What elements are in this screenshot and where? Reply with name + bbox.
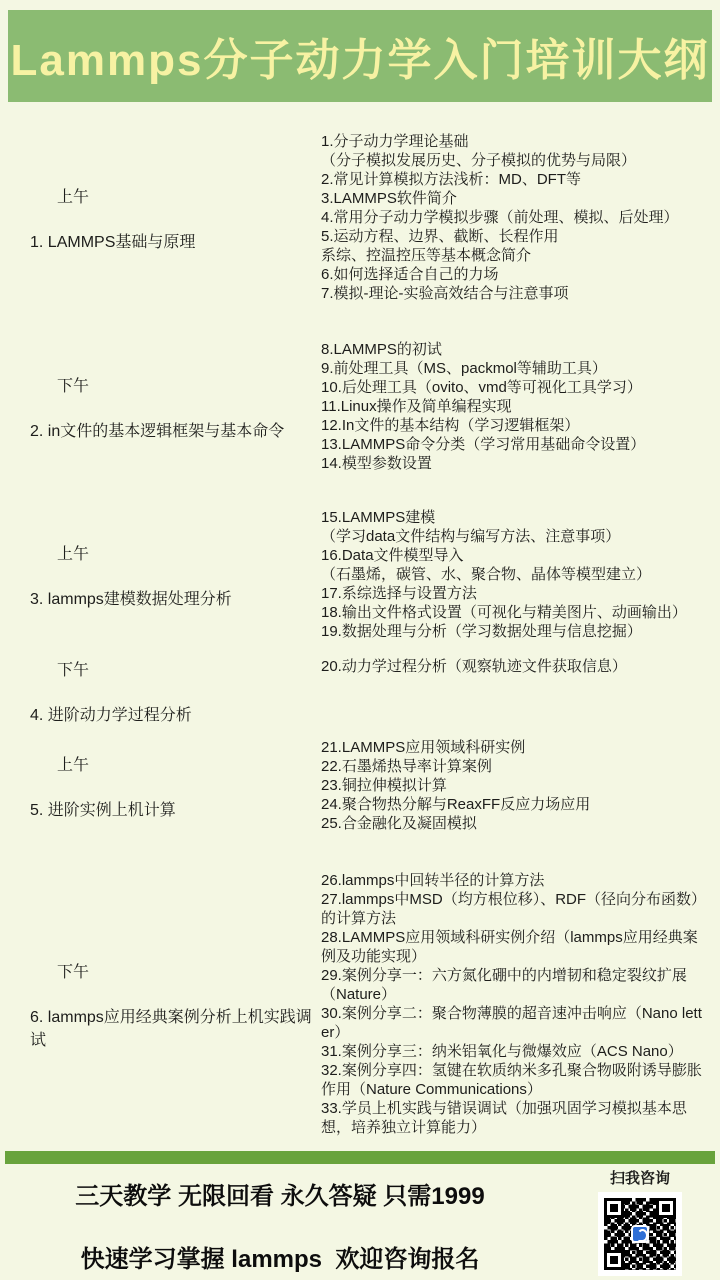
schedule-section-4: 下午 4. 进阶动力学过程分析 20.动力学过程分析（观察轨迹文件获取信息） — [0, 657, 720, 725]
session-time-label: 上午 — [57, 541, 313, 564]
outline-item: 27.lammps中MSD（均方根位移）、RDF（径向分布函数）的计算方法 — [321, 890, 702, 928]
outline-item: 24.聚合物热分解与ReaxFF反应力场应用 — [321, 795, 702, 814]
outline-item: 15.LAMMPS建模 — [321, 508, 702, 527]
schedule-section-6: 下午 6. lammps应用经典案例分析上机实践调试 26.lammps中回转半… — [0, 871, 720, 1137]
outline-item: （分子模拟发展历史、分子模拟的优势与局限） — [321, 151, 702, 170]
qr-label: 扫我咨询 — [560, 1167, 720, 1188]
outline-item: 1.分子动力学理论基础 — [321, 132, 702, 151]
footer: 三天教学 无限回看 永久答疑 只需1999 快速学习掌握 lammps 欢迎咨询… — [0, 1151, 720, 1280]
session-topic: 2. in文件的基本逻辑框架与基本命令 — [30, 418, 313, 441]
session-topic: 1. LAMMPS基础与原理 — [30, 229, 313, 252]
separator-bar — [5, 1151, 715, 1164]
session-meta: 下午 6. lammps应用经典案例分析上机实践调试 — [0, 871, 313, 1137]
outline-item: 32.案例分享四：氢键在软质纳米多孔聚合物吸附诱导膨胀作用（Nature Com… — [321, 1061, 702, 1099]
session-topic: 6. lammps应用经典案例分析上机实践调试 — [30, 1004, 313, 1050]
outline-item: 23.铜拉伸模拟计算 — [321, 776, 702, 795]
schedule-section-3: 上午 3. lammps建模数据处理分析 15.LAMMPS建模 （学习data… — [0, 508, 720, 641]
session-time-label: 下午 — [57, 657, 313, 680]
outline-item: 2.常见计算模拟方法浅析：MD、DFT等 — [321, 170, 702, 189]
session-topic: 3. lammps建模数据处理分析 — [30, 586, 313, 609]
session-topic: 4. 进阶动力学过程分析 — [30, 702, 313, 725]
outline-item: 5.运动方程、边界、截断、长程作用 — [321, 227, 702, 246]
session-topic: 5. 进阶实例上机计算 — [30, 797, 313, 820]
outline-item: 3.LAMMPS软件简介 — [321, 189, 702, 208]
qr-finder-icon — [604, 1198, 624, 1218]
outline-item: 12.In文件的基本结构（学习逻辑框架） — [321, 416, 702, 435]
signup-slogan: 快速学习掌握 lammps 欢迎咨询报名 — [0, 1239, 560, 1274]
schedule-section-1: 上午 1. LAMMPS基础与原理 1.分子动力学理论基础 （分子模拟发展历史、… — [0, 132, 720, 303]
qr-area: 扫我咨询 — [560, 1164, 720, 1276]
qr-pattern — [604, 1198, 676, 1270]
outline-item: 18.输出文件格式设置（可视化与精美图片、动画输出） — [321, 603, 702, 622]
outline-item: 10.后处理工具（ovito、vmd等可视化工具学习） — [321, 378, 702, 397]
session-meta: 下午 2. in文件的基本逻辑框架与基本命令 — [0, 340, 313, 473]
outline-item: 17.系综选择与设置方法 — [321, 584, 702, 603]
session-meta: 上午 5. 进阶实例上机计算 — [0, 738, 313, 833]
outline-item: 31.案例分享三：纳米铝氧化与微爆效应（ACS Nano） — [321, 1042, 702, 1061]
qr-code — [598, 1192, 682, 1276]
outline-item: 8.LAMMPS的初试 — [321, 340, 702, 359]
session-meta: 上午 1. LAMMPS基础与原理 — [0, 132, 313, 303]
outline-item: 21.LAMMPS应用领域科研实例 — [321, 738, 702, 757]
slogans: 三天教学 无限回看 永久答疑 只需1999 快速学习掌握 lammps 欢迎咨询… — [0, 1164, 560, 1274]
outline-item: 16.Data文件模型导入 — [321, 546, 702, 565]
training-outline: 上午 1. LAMMPS基础与原理 1.分子动力学理论基础 （分子模拟发展历史、… — [0, 132, 720, 1137]
session-details: 20.动力学过程分析（观察轨迹文件获取信息） — [313, 657, 720, 725]
session-time-label: 下午 — [57, 373, 313, 396]
outline-item: 7.模拟-理论-实验高效结合与注意事项 — [321, 284, 702, 303]
outline-item: （石墨烯，碳管、水、聚合物、晶体等模型建立） — [321, 565, 702, 584]
schedule-section-5: 上午 5. 进阶实例上机计算 21.LAMMPS应用领域科研实例 22.石墨烯热… — [0, 738, 720, 833]
session-time-label: 下午 — [57, 959, 313, 982]
outline-item: 26.lammps中回转半径的计算方法 — [321, 871, 702, 890]
qr-finder-icon — [604, 1250, 624, 1270]
session-details: 21.LAMMPS应用领域科研实例 22.石墨烯热导率计算案例 23.铜拉伸模拟… — [313, 738, 720, 833]
outline-item: 33.学员上机实践与错误调试（加强巩固学习模拟基本思想，培养独立计算能力） — [321, 1099, 702, 1137]
session-details: 1.分子动力学理论基础 （分子模拟发展历史、分子模拟的优势与局限） 2.常见计算… — [313, 132, 720, 303]
outline-item: 11.Linux操作及简单编程实现 — [321, 397, 702, 416]
outline-item: 29.案例分享一：六方氮化硼中的内增韧和稳定裂纹扩展（Nature） — [321, 966, 702, 1004]
page-title: Lammps分子动力学入门培训大纲 — [11, 24, 710, 88]
outline-item: （学习data文件结构与编写方法、注意事项） — [321, 527, 702, 546]
outline-item: 25.合金融化及凝固模拟 — [321, 814, 702, 833]
outline-item: 系综、控温控压等基本概念简介 — [321, 246, 702, 265]
qr-center-logo-icon — [631, 1225, 649, 1243]
session-meta: 上午 3. lammps建模数据处理分析 — [0, 508, 313, 641]
session-meta: 下午 4. 进阶动力学过程分析 — [0, 657, 313, 725]
header-banner: Lammps分子动力学入门培训大纲 — [8, 10, 712, 102]
price-slogan: 三天教学 无限回看 永久答疑 只需1999 — [0, 1176, 560, 1211]
session-details: 8.LAMMPS的初试 9.前处理工具（MS、packmol等辅助工具） 10.… — [313, 340, 720, 473]
outline-item: 6.如何选择适合自己的力场 — [321, 265, 702, 284]
outline-item: 22.石墨烯热导率计算案例 — [321, 757, 702, 776]
schedule-section-2: 下午 2. in文件的基本逻辑框架与基本命令 8.LAMMPS的初试 9.前处理… — [0, 340, 720, 473]
session-time-label: 上午 — [57, 752, 313, 775]
outline-item: 13.LAMMPS命令分类（学习常用基础命令设置） — [321, 435, 702, 454]
outline-item: 9.前处理工具（MS、packmol等辅助工具） — [321, 359, 702, 378]
session-details: 15.LAMMPS建模 （学习data文件结构与编写方法、注意事项） 16.Da… — [313, 508, 720, 641]
outline-item: 20.动力学过程分析（观察轨迹文件获取信息） — [321, 657, 702, 676]
outline-item: 14.模型参数设置 — [321, 454, 702, 473]
session-details: 26.lammps中回转半径的计算方法 27.lammps中MSD（均方根位移）… — [313, 871, 720, 1137]
outline-item: 4.常用分子动力学模拟步骤（前处理、模拟、后处理） — [321, 208, 702, 227]
outline-item: 19.数据处理与分析（学习数据处理与信息挖掘） — [321, 622, 702, 641]
session-time-label: 上午 — [57, 184, 313, 207]
qr-finder-icon — [656, 1198, 676, 1218]
outline-item: 28.LAMMPS应用领域科研实例介绍（lammps应用经典案例及功能实现） — [321, 928, 702, 966]
outline-item: 30.案例分享二：聚合物薄膜的超音速冲击响应（Nano letter） — [321, 1004, 702, 1042]
